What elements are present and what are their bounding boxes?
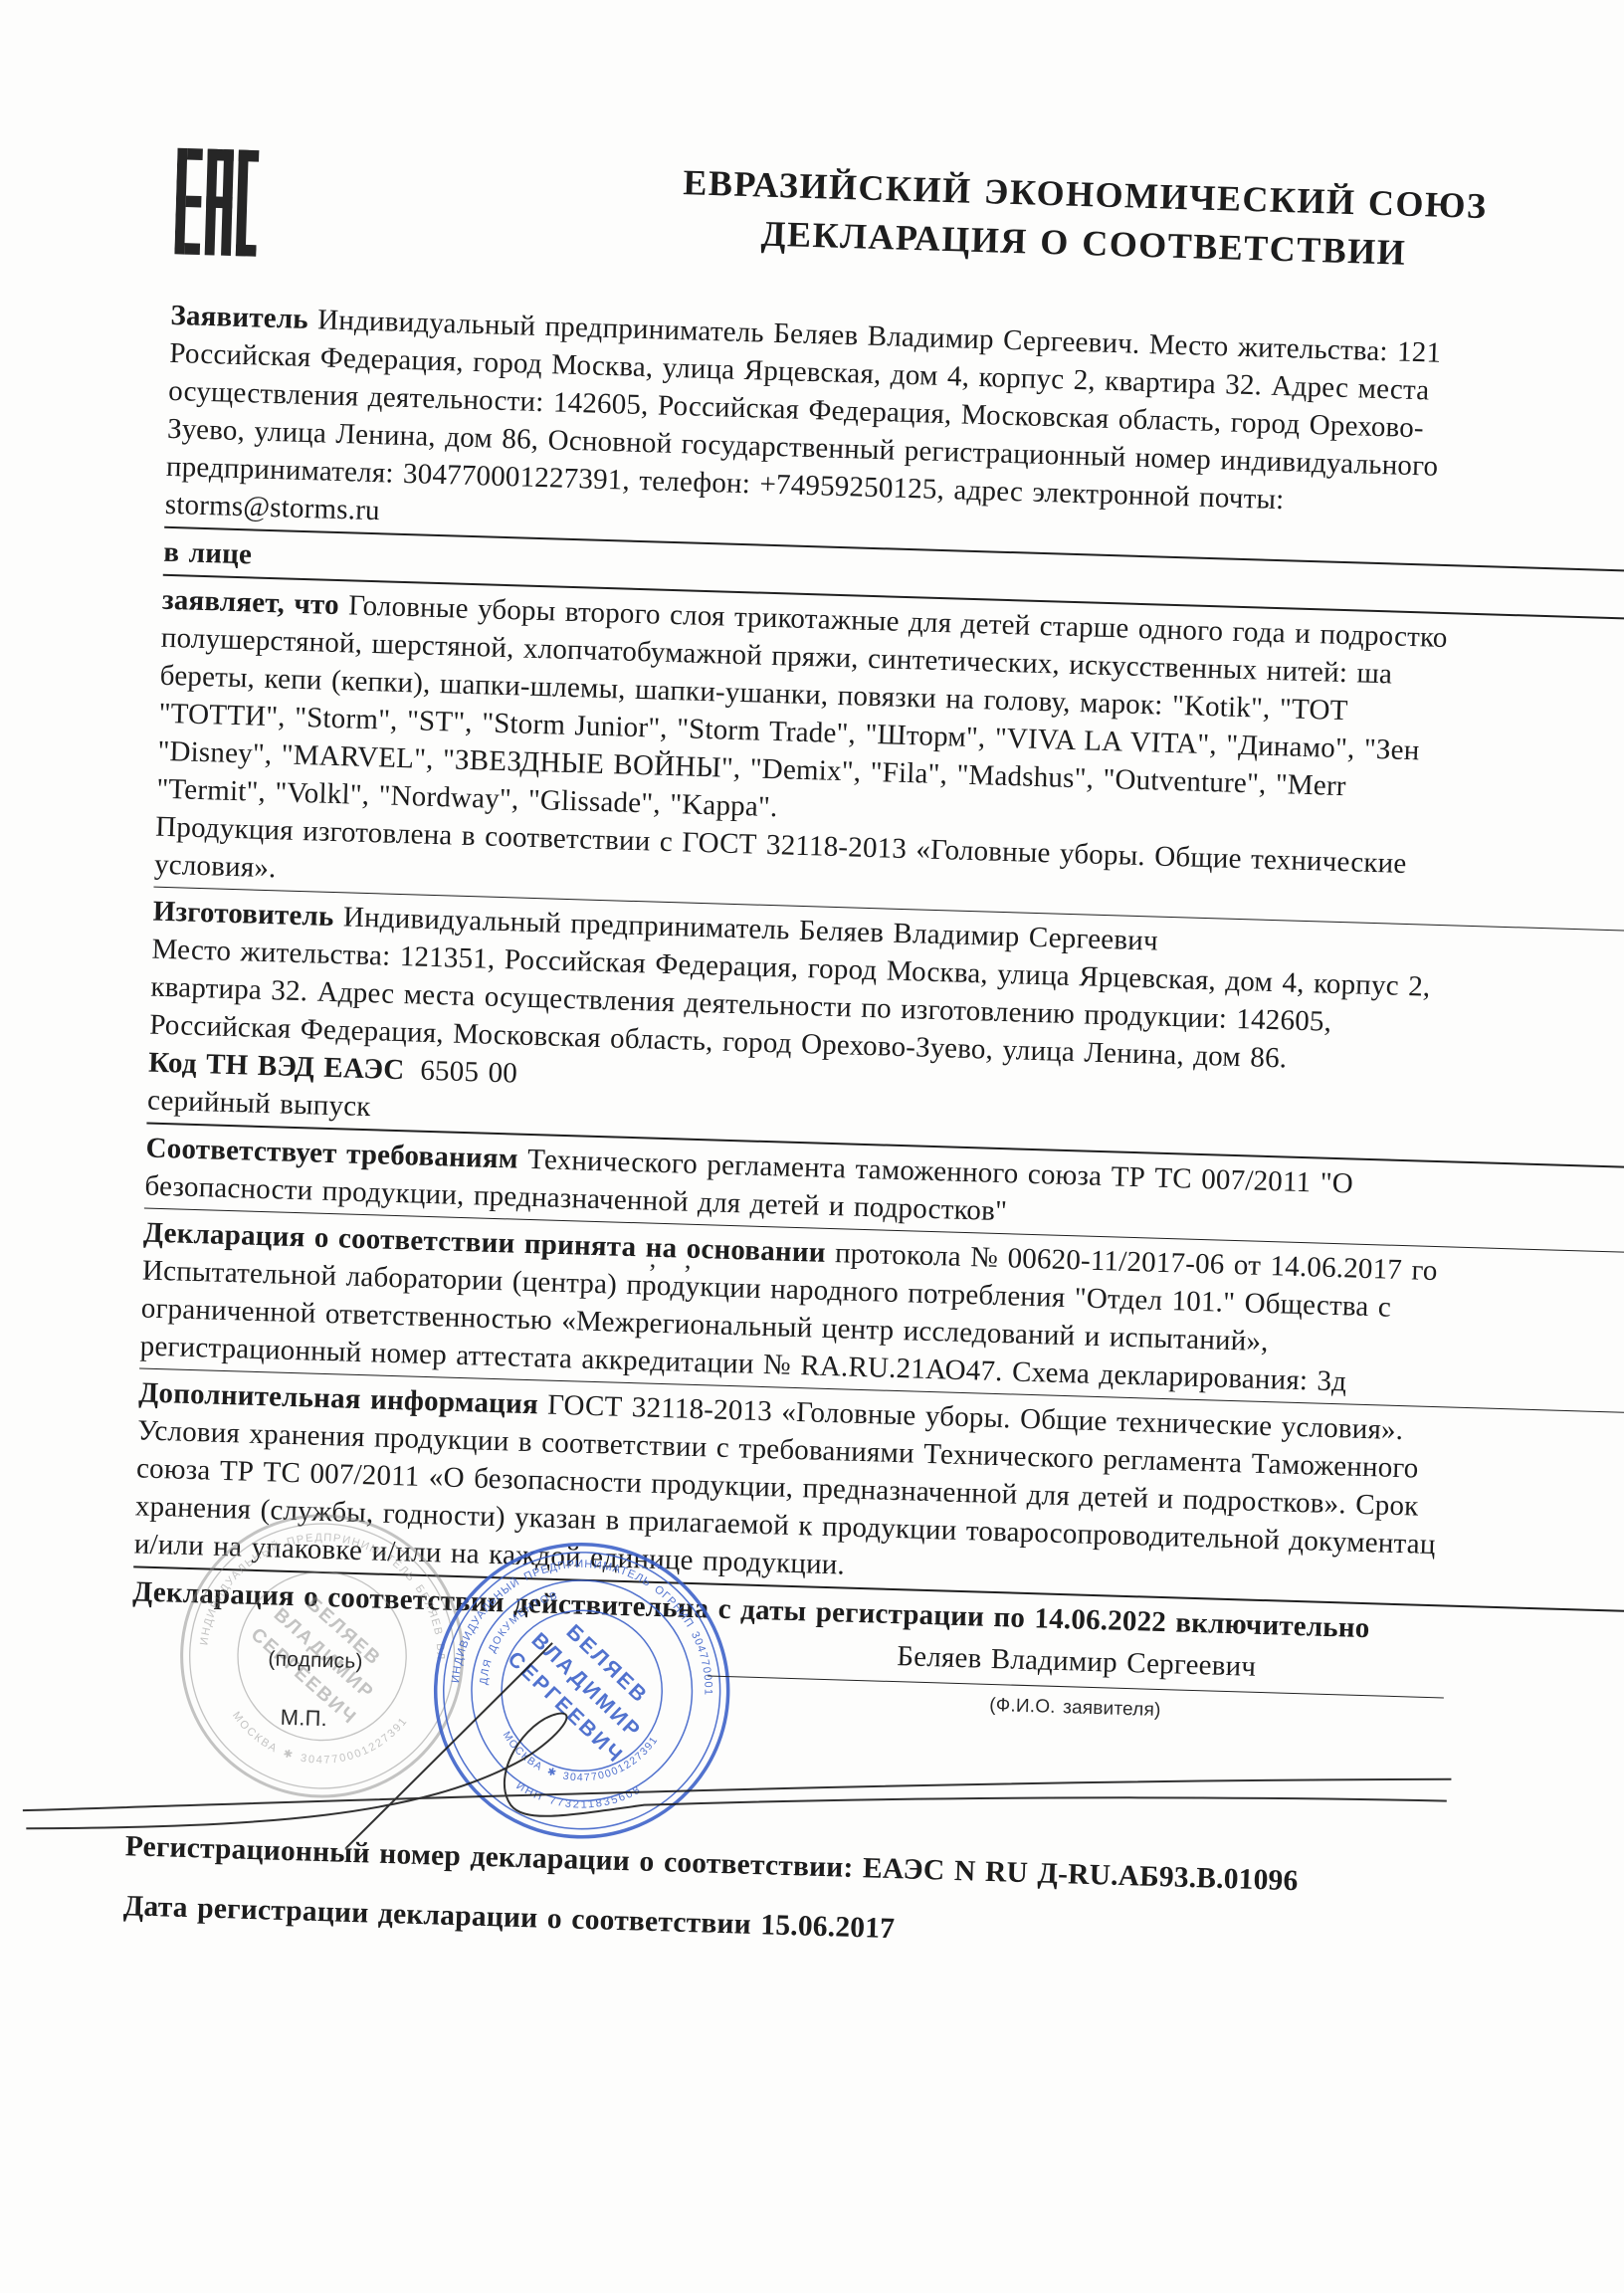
seal-place-caption: М.П. [280,1699,327,1738]
applicant-name-block: Беляев Владимир Сергеевич (Ф.И.О. заявит… [687,1631,1465,1739]
document-sheet: ЕВРАЗИЙСКИЙ ЭКОНОМИЧЕСКИЙ СОЮЗ ДЕКЛАРАЦИ… [123,98,1624,1970]
in-person-label: в лице [163,536,253,571]
svg-text:ИНН 773211835608: ИНН 773211835608 [513,1779,644,1812]
applicant-text: Индивидуальный предприниматель Беляев Вл… [164,304,1441,526]
scan-artifact-marks: ’ ’ [648,1255,703,1295]
manufacturer-lead: Изготовитель [152,896,334,933]
document-body: Заявитель Индивидуальный предприниматель… [123,297,1624,1970]
signature-block: ИНДИВИДУАЛЬНЫЙ ПРЕДПРИНИМАТЕЛЬ БЕЛЯЕВ ВЛ… [126,1610,1624,1866]
applicant-paragraph: Заявитель Индивидуальный предприниматель… [164,297,1624,568]
blue-stamp-ring-bottom-text: ИНН 773211835608 [513,1779,644,1812]
eac-logo [174,135,260,269]
additional-lead: Дополнительная информация [138,1376,538,1420]
blue-stamp-inner-bottom-text: МОСКВА ✱ 304770001227391 [499,1729,661,1785]
tnved-code: 6505 00 [420,1055,518,1090]
applicant-lead: Заявитель [170,300,308,335]
scanned-declaration-page: ЕВРАЗИЙСКИЙ ЭКОНОМИЧЕСКИЙ СОЮЗ ДЕКЛАРАЦИ… [0,0,1624,2293]
signature-caption: (подпись) [268,1640,363,1681]
declares-lead: заявляет, что [162,584,340,621]
tnved-label: Код ТН ВЭД ЕАЭС [148,1047,405,1087]
declares-paragraph: заявляет, что Головные уборы второго сло… [154,581,1624,929]
svg-text:МОСКВА ✱ 304770001227391: МОСКВА ✱ 304770001227391 [499,1729,661,1785]
declares-text: Головные уборы второго слоя трикотажные … [154,589,1448,884]
complies-lead: Соответствует требованиям [145,1133,518,1175]
document-title: ЕВРАЗИЙСКИЙ ЭКОНОМИЧЕСКИЙ СОЮЗ ДЕКЛАРАЦИ… [502,153,1624,286]
